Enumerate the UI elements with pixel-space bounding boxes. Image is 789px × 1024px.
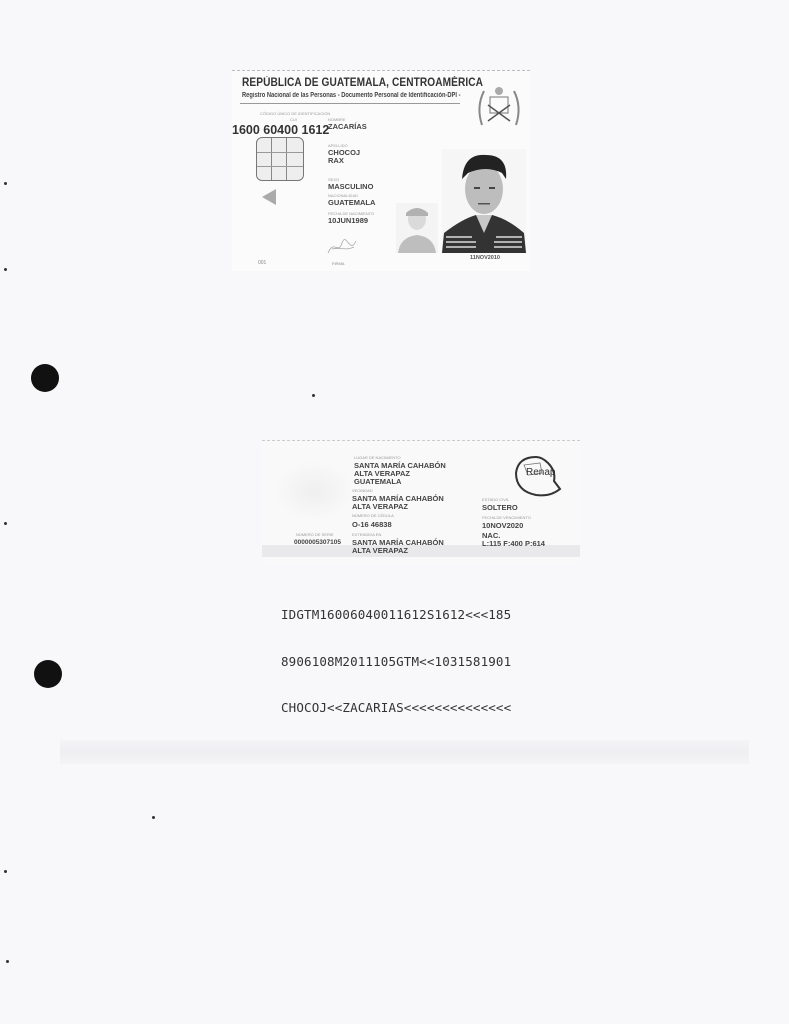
coat-of-arms-icon [474, 81, 524, 133]
nationality-value: GUATEMALA [328, 199, 375, 207]
cui-label: CÓDIGO ÚNICO DE IDENTIFICACIÓN [260, 111, 330, 116]
scan-speck [312, 394, 315, 397]
signature-icon [326, 235, 360, 259]
card-number: 001 [258, 260, 266, 266]
expiry-label: FECHA DE VENCIMIENTO [482, 515, 531, 520]
scan-band [60, 740, 749, 764]
cedula-value: O-16 46838 [352, 521, 392, 529]
chip-icon [256, 137, 304, 181]
punch-hole [31, 364, 59, 392]
birthplace-line-3: GUATEMALA [354, 478, 401, 486]
scan-speck [4, 870, 7, 873]
residence-line-2: ALTA VERAPAZ [352, 503, 408, 511]
scan-speck [152, 816, 155, 819]
scan-speck [4, 268, 7, 271]
registry-value: L:115 F:400 P:614 [482, 540, 545, 548]
scan-speck [6, 960, 9, 963]
mrz-line-1: IDGTM16006040011612S1612<<<185 [281, 607, 511, 623]
issue-date: 11NOV2010 [470, 255, 500, 261]
cedula-label: NÚMERO DE CÉDULA [352, 513, 394, 518]
id-card-back: LUGAR DE NACIMIENTO SANTA MARÍA CAHABÓN … [262, 440, 580, 563]
serial-value: 0000005307105 [294, 539, 341, 547]
serial-label: NÚMERO DE SERIE [296, 532, 334, 537]
birthplace-label: LUGAR DE NACIMIENTO [354, 455, 401, 460]
title-divider [240, 103, 460, 104]
scan-speck [4, 182, 7, 185]
sex-value: MASCULINO [328, 183, 373, 191]
extended-line-2: ALTA VERAPAZ [352, 547, 408, 555]
signature-label: FIRMA [332, 261, 344, 266]
residence-label: VECINDAD [352, 488, 373, 493]
civil-value: SOLTERO [482, 504, 518, 512]
cui-number: 1600 60400 1612 [232, 123, 329, 137]
surname-value-2: RAX [328, 157, 344, 165]
expiry-value: 10NOV2020 [482, 522, 523, 530]
mrz-line-3: CHOCOJ<<ZACARIAS<<<<<<<<<<<<<< [281, 700, 511, 716]
scan-speck [4, 522, 7, 525]
card-subtitle: Registro Nacional de las Personas - Docu… [242, 92, 460, 99]
renap-logo-text: Renap [526, 469, 555, 477]
civil-label: ESTADO CIVIL [482, 497, 509, 502]
ghost-watermark [274, 461, 354, 521]
triangle-icon [262, 189, 276, 205]
portrait-photo [442, 149, 526, 253]
mrz-line-2: 8906108M2011105GTM<<1031581901 [281, 654, 511, 670]
ghost-portrait-photo [396, 203, 438, 253]
cui-sublabel: CUI [290, 117, 297, 122]
dob-value: 10JUN1989 [328, 217, 368, 225]
name-value: ZACARÍAS [328, 123, 367, 131]
id-card-front: REPÚBLICA DE GUATEMALA, CENTROAMÉRICA Re… [232, 70, 530, 271]
machine-readable-zone: IDGTM16006040011612S1612<<<185 8906108M2… [281, 576, 511, 731]
card-title: REPÚBLICA DE GUATEMALA, CENTROAMÉRICA [242, 77, 483, 89]
punch-hole [34, 660, 62, 688]
extended-label: EXTENDIDA EN [352, 532, 381, 537]
